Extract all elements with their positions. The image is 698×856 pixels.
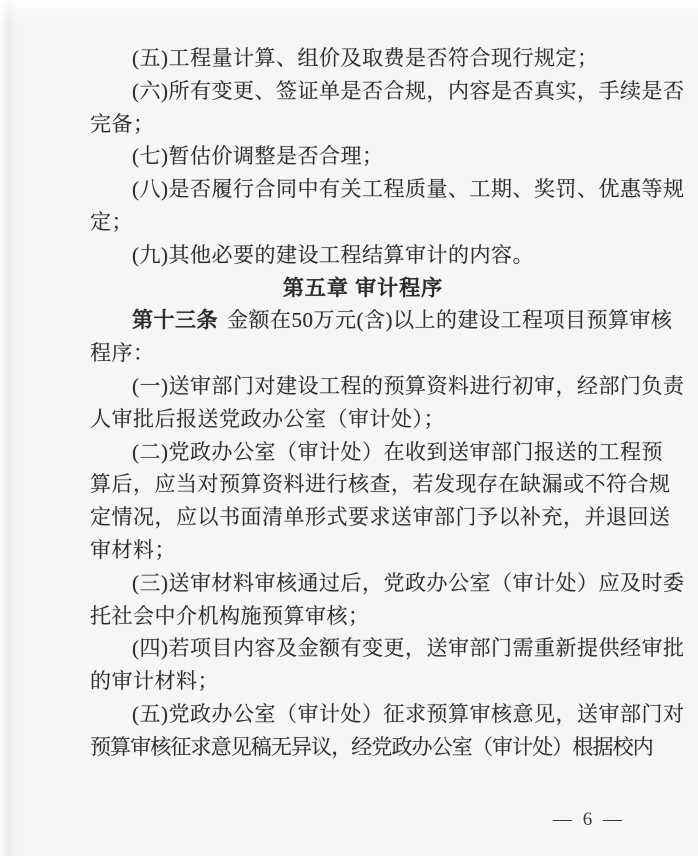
body-line-step-1: (一)送审部门对建设工程的预算资料进行初审，经部门负责 bbox=[90, 370, 636, 403]
body-line-article-13: 第十三条金额在50万元(含)以上的建设工程项目预算审核 bbox=[90, 304, 636, 337]
document-body: (五)工程量计算、组价及取费是否符合现行规定； (六)所有变更、签证单是否合规，… bbox=[90, 42, 636, 764]
body-line-step-3-cont: 托社会中介机构施预算审核； bbox=[90, 600, 636, 633]
body-line-step-1-cont: 人审批后报送党政办公室（审计处）； bbox=[90, 403, 636, 436]
body-line-item-8-cont: 定； bbox=[90, 206, 636, 239]
body-line-item-9: (九)其他必要的建设工程结算审计的内容。 bbox=[90, 239, 636, 272]
body-line-item-5: (五)工程量计算、组价及取费是否符合现行规定； bbox=[90, 42, 636, 75]
article-number-label: 第十三条 bbox=[132, 308, 218, 332]
body-line-item-6: (六)所有变更、签证单是否合规，内容是否真实，手续是否 bbox=[90, 75, 636, 108]
body-line-item-7: (七)暂估价调整是否合理； bbox=[90, 140, 636, 173]
chapter-heading: 第五章 审计程序 bbox=[90, 272, 636, 305]
body-line-step-2-cont-3: 审材料； bbox=[90, 534, 636, 567]
body-line-item-6-cont: 完备； bbox=[90, 108, 636, 141]
scanned-document-page: (五)工程量计算、组价及取费是否符合现行规定； (六)所有变更、签证单是否合规，… bbox=[0, 0, 698, 856]
body-line-item-8: (八)是否履行合同中有关工程质量、工期、奖罚、优惠等规 bbox=[90, 173, 636, 206]
body-line-step-2-cont-1: 算后，应当对预算资料进行核查，若发现存在缺漏或不符合规 bbox=[90, 468, 636, 501]
body-line-step-5: (五)党政办公室（审计处）征求预算审核意见，送审部门对 bbox=[90, 698, 636, 731]
body-line-step-2: (二)党政办公室（审计处）在收到送审部门报送的工程预 bbox=[90, 436, 636, 469]
body-line-step-4-cont: 的审计材料； bbox=[90, 665, 636, 698]
page-number-footer: — 6 — bbox=[534, 806, 644, 834]
body-line-article-13-cont: 程序： bbox=[90, 337, 636, 370]
body-line-step-4: (四)若项目内容及金额有变更，送审部门需重新提供经审批 bbox=[90, 632, 636, 665]
body-line-step-3: (三)送审材料审核通过后，党政办公室（审计处）应及时委 bbox=[90, 567, 636, 600]
body-line-step-2-cont-2: 定情况，应以书面清单形式要求送审部门予以补充，并退回送 bbox=[90, 501, 636, 534]
article-text: 金额在50万元(含)以上的建设工程项目预算审核 bbox=[227, 308, 673, 332]
body-line-step-5-cont: 预算审核征求意见稿无异议，经党政办公室（审计处）根据校内 bbox=[90, 731, 636, 764]
